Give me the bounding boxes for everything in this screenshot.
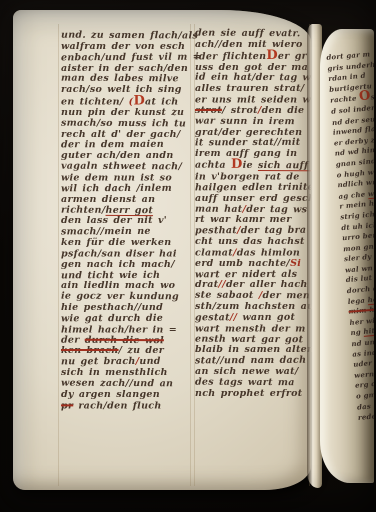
ink-text: ensth wart gar got xyxy=(195,333,303,345)
text-line: ie gocz ver kundung xyxy=(61,292,194,304)
ink-text: der tag ws xyxy=(246,203,307,214)
ink-text: nun pin der kunst zu xyxy=(61,107,184,118)
text-line: und. zu samen flach/als xyxy=(61,31,194,43)
ink-text: ste sabaot xyxy=(195,290,259,301)
ink-text: und xyxy=(139,356,160,367)
text-line: wil ich dach /inlem xyxy=(61,183,194,195)
ink-text: rach/den fluch xyxy=(73,400,161,411)
ink-text: ach//den mit wiero xyxy=(195,39,303,50)
ink-text: war sunn in irem xyxy=(195,115,295,127)
main-page: und. zu samen flach/alswalfram der von e… xyxy=(13,10,311,490)
ink-text: ider flichten xyxy=(195,51,266,62)
ink-text: en tichten/ xyxy=(61,96,129,107)
ink-text: er gr xyxy=(278,50,307,61)
manuscript-photo: Photograph of a medieval German manuscri… xyxy=(0,0,376,512)
ink-text: wann got xyxy=(237,312,295,323)
rubric-text: pr xyxy=(61,400,73,411)
facing-page-edge: dort gar mgris underhrdan in dburtigertu… xyxy=(320,29,374,483)
text-line: psfach/san diser hai xyxy=(61,249,194,260)
photo-caption: Photograph of a medieval German manuscri… xyxy=(0,0,1,1)
ink-text: alles trauren strat/ xyxy=(195,83,305,94)
ink-text: achta xyxy=(195,160,231,171)
text-line: dy argen slangen xyxy=(61,390,194,401)
ink-text: wie dem nun ist so xyxy=(61,172,172,183)
left-text-column: und. zu samen flach/alswalfram der von e… xyxy=(61,31,194,412)
column-ruling-line xyxy=(58,24,59,486)
text-line: enbach/und fust vil m = xyxy=(61,52,194,64)
ink-text: cht uns das hachst xyxy=(195,236,305,247)
ink-text: ken für die werken xyxy=(61,237,171,248)
ink-text: himel hach/her in = xyxy=(61,324,177,335)
ink-text: gen nach ich mach/ xyxy=(61,259,175,270)
rubric-text: D xyxy=(266,48,278,63)
ink-text: guter ach/den andn xyxy=(61,150,174,161)
ink-text: das himlon xyxy=(237,247,300,258)
ink-text: des tags wart ma xyxy=(195,377,295,389)
ink-text: at ich xyxy=(145,96,178,107)
rubric-text: O xyxy=(358,89,371,105)
ink-text: er uns mit seiden w xyxy=(195,94,311,105)
facing-page-text-column: dort gar mgris underhrdan in dburtigertu… xyxy=(326,47,374,423)
ink-text: man hat xyxy=(195,203,243,214)
text-line: gen nach ich mach/ xyxy=(61,260,194,271)
ink-text: it sunder stat//mit xyxy=(195,137,300,149)
ink-text: rach/so welt ich sing xyxy=(61,84,182,95)
ink-text: den sie auff evatr. xyxy=(195,28,301,40)
ink-text: ie xyxy=(243,160,258,171)
ink-text: wart mensth der m xyxy=(195,323,306,334)
ink-text: rachte xyxy=(330,94,360,105)
text-line: der durch die wol xyxy=(61,335,194,347)
ink-text: wesen zach//und an xyxy=(61,378,173,390)
rubric-text: ken brach xyxy=(61,345,119,356)
ink-text: nu get brach xyxy=(61,356,136,367)
ink-text: an sich newe wat/ xyxy=(195,366,299,377)
ink-text: sich in mensthlich xyxy=(61,367,168,378)
text-line: en tichten/ (Dat ich xyxy=(61,96,194,108)
ink-text: id ein hat/der tag ws xyxy=(195,72,317,84)
text-line: ken für die werken xyxy=(61,238,194,249)
ink-text: sth/zum hachsten auf xyxy=(195,301,319,312)
ink-text: smach//mein ne xyxy=(61,226,151,237)
ink-text: erd umb nachte/ xyxy=(195,258,290,269)
ink-text: vagaln sthweet nach/ xyxy=(61,161,182,173)
rubric-text: wie r xyxy=(368,187,374,198)
text-line: nu get brach/und xyxy=(61,357,194,369)
ink-text: ng xyxy=(350,327,364,337)
ink-text: man des labes milve xyxy=(61,73,179,85)
ink-text: und. zu samen flach/als xyxy=(61,30,198,42)
text-line: und ticht wie ich xyxy=(61,270,194,282)
text-line: pr rach/den fluch xyxy=(61,401,194,412)
rubric-text: durch die wol xyxy=(85,334,164,345)
ink-text: und ticht wie ich xyxy=(61,269,160,281)
ink-text: den die xyxy=(262,105,305,116)
text-line: smach//mein ne xyxy=(61,227,194,239)
ink-text: gestat xyxy=(195,312,230,323)
ink-text: hie pesthach//und xyxy=(61,302,163,313)
ink-text: smach/so muss ich tu xyxy=(61,117,186,129)
rubric-text: D xyxy=(133,93,145,108)
ink-text: auff unser erd gesch xyxy=(195,193,315,204)
rubric-text: D xyxy=(231,157,243,172)
rubric-text: strot xyxy=(195,105,222,116)
ink-text: rdan in d xyxy=(328,71,366,83)
ink-text: pesthat xyxy=(195,225,237,236)
rubric-text: mim herr xyxy=(348,304,374,316)
ink-text: lega xyxy=(347,295,368,306)
ink-text: der in dem maien xyxy=(61,139,164,151)
text-line: der in dem maien xyxy=(61,140,194,152)
ink-text: clamat xyxy=(195,247,233,258)
ink-text: psfach/san diser hai xyxy=(61,248,177,259)
ink-text: s xyxy=(370,92,374,101)
text-line: man des labes milve xyxy=(61,74,194,86)
ink-text: ndlich wm xyxy=(337,177,374,189)
ink-text: hailgen edlen trinitet xyxy=(195,182,319,194)
ink-text: der aller hach xyxy=(226,279,308,290)
ink-text: richten/ xyxy=(61,204,106,215)
rubric-text: Si xyxy=(290,258,301,269)
ink-text: stat//und nam dach xyxy=(195,355,306,367)
text-line: smach/so muss ich tu xyxy=(61,118,194,130)
ink-text: in v'borgen rat de xyxy=(195,171,300,182)
rubric-text: hit wand xyxy=(363,324,374,336)
ink-text: der men xyxy=(262,290,310,301)
ink-text: ie gocz ver kundung xyxy=(61,291,179,303)
ink-text: wie gat durch die xyxy=(61,313,163,325)
ink-text: wart er nidert als xyxy=(195,268,297,280)
ink-text: nch prophet erfrot xyxy=(195,388,302,399)
ink-text: dort gar m xyxy=(326,49,370,62)
ink-text: / strot xyxy=(222,105,258,116)
ink-text: rt war kamr mer xyxy=(195,214,292,225)
ink-text: irem auff gang in xyxy=(195,148,297,159)
text-line: richten/herr got xyxy=(61,205,194,217)
ink-text: der tag bra xyxy=(241,225,307,236)
ink-text: walfram der von esch xyxy=(61,41,185,52)
ink-text: wil ich dach /inlem xyxy=(61,183,172,195)
ink-text: dy argen slangen xyxy=(61,389,160,400)
text-line: wesen zach//und an xyxy=(61,379,194,391)
text-line: rach/so welt ich sing xyxy=(61,85,194,96)
ink-text: der xyxy=(61,334,85,345)
ink-text: enbach/und fust vil m = xyxy=(61,51,201,63)
ink-text: armen dienst an xyxy=(61,194,155,205)
rubric-text: herr got xyxy=(105,204,153,215)
ink-text: / zu der xyxy=(119,345,164,356)
